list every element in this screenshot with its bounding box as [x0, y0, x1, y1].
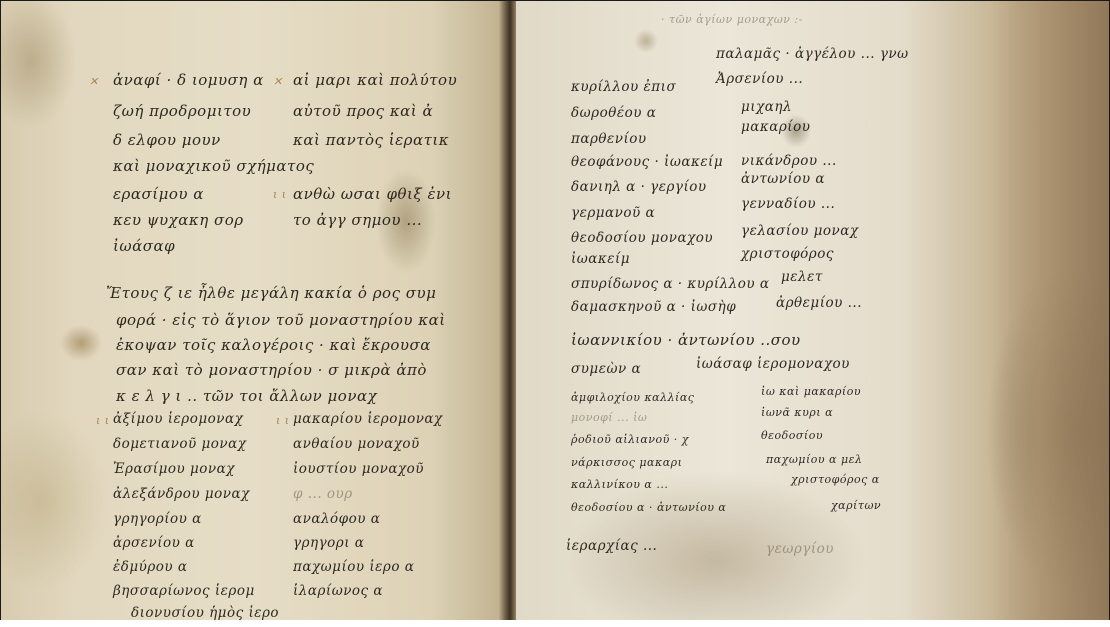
- name-entry: θεοδοσίου μοναχου: [571, 230, 713, 246]
- name-entry: ανθαίου μοναχοῦ: [293, 436, 420, 452]
- name-entry: ἀλεξάνδρου μοναχ: [113, 486, 250, 502]
- rubric-mark: ✕: [273, 75, 283, 88]
- name-entry: Ἀρσενίου ...: [716, 71, 803, 87]
- text-line: αἰ μαρι καὶ πολύτου: [293, 71, 457, 89]
- rubric-mark: ι ι: [273, 188, 287, 201]
- text-line: καὶ μοναχικοῦ σχήματος: [113, 157, 314, 175]
- name-entry: γεωργίου: [766, 541, 834, 557]
- bottom-margin: [0, 620, 1110, 627]
- text-line: ζωή προδρομιτου: [113, 102, 251, 120]
- name-entry: θεοδοσίου α · ἀντωνίου α: [571, 501, 726, 514]
- name-entry: γενναδίου ...: [741, 196, 835, 212]
- name-entry: μελετ: [781, 269, 823, 285]
- name-entry: δωροθέου α: [571, 105, 656, 121]
- text-line: ἀναφί · δ ιομυση α: [113, 71, 264, 89]
- name-entry: Ἐρασίμου μοναχ: [113, 461, 235, 477]
- name-entry: αναλόφου α: [293, 511, 380, 527]
- name-entry: δανιηλ α · γεργίου: [571, 179, 707, 195]
- rubric-mark: ι ι: [276, 414, 290, 427]
- name-entry: ἰωνᾶ κυρι α: [761, 406, 833, 419]
- name-entry: καλλινίκου α ...: [571, 478, 668, 491]
- name-entry: ἱλαρίωνος α: [293, 583, 383, 599]
- right-page: · τῶν ἁγίων μοναχων :- παλαμᾶς · ἀγγέλου…: [516, 1, 1110, 620]
- name-entry: ἰω καὶ μακαρίου: [761, 385, 861, 398]
- name-entry: ἰωάσαφ ἱερομοναχου: [696, 356, 850, 372]
- rubric-mark: ι ι: [96, 414, 110, 427]
- name-entry: κυρίλλου ἐπισ: [571, 79, 676, 95]
- page-header: · τῶν ἁγίων μοναχων :-: [661, 13, 803, 26]
- name-entry: ἱεραρχίας ...: [566, 538, 657, 554]
- manuscript-photo: ἀναφί · δ ιομυση α ζωή προδρομιτου δ ελφ…: [0, 0, 1110, 621]
- name-entry: χριστοφόρος α: [791, 473, 880, 486]
- name-entry: ἀρσενίου α: [113, 535, 195, 551]
- name-entry: ἀμφιλοχίου καλλίας: [571, 391, 694, 404]
- paragraph-line: σαν καὶ τὸ μοναστηρίου · σ μικρὰ ἀπὸ: [116, 361, 427, 379]
- text-line: κευ ψυχακη σορ: [113, 211, 244, 229]
- name-entry: διονυσίου ἡμὸς ἱερο: [131, 605, 279, 620]
- name-entry: μακαρίου: [741, 119, 810, 135]
- name-entry: ἰωακείμ: [571, 251, 630, 267]
- name-entry: μακαρίου ἱερομοναχ: [293, 411, 443, 427]
- name-entry: γελασίου μοναχ: [741, 223, 859, 239]
- name-entry: ἰουστίου μοναχοῦ: [293, 461, 424, 477]
- name-entry: θεοφάνους · ἰωακείμ: [571, 154, 723, 170]
- name-entry: σπυρίδωνος α · κυρίλλου α: [571, 276, 769, 292]
- name-entry: γερμανοῦ α: [571, 205, 655, 221]
- name-entry: δομετιανοῦ μοναχ: [113, 436, 246, 452]
- rubric-mark: ✕: [89, 75, 99, 88]
- text-line: ερασίμου α: [113, 185, 204, 203]
- name-entry: συμεὼν α: [571, 361, 641, 377]
- name-entry: γρηγορίου α: [113, 511, 202, 527]
- name-entry: μιχαηλ: [741, 99, 792, 115]
- text-line: το ἀγγ σημου ...: [293, 211, 422, 229]
- name-entry: παχωμίου ἱερο α: [293, 559, 414, 575]
- text-line: ἰωάσαφ: [113, 237, 175, 255]
- paragraph-line: φορά · εἰς τὸ ἅγιον τοῦ μοναστηρίου καὶ: [116, 311, 446, 329]
- paragraph-line: κ ε λ γ ι .. τῶν τοι ἄλλων μοναχ: [116, 387, 377, 405]
- name-entry: φ ... ουρ: [293, 486, 353, 502]
- text-line: καὶ παντὸς ἱερατικ: [293, 131, 449, 149]
- name-entry: ῥοδιοῦ αἰλιανοῦ · χ: [571, 433, 689, 446]
- text-line: δ ελφου μουν: [113, 131, 221, 149]
- name-entry: χαρίτων: [831, 499, 881, 512]
- page-edge-shadow: [991, 1, 1110, 620]
- name-entry: παρθενίου: [571, 131, 647, 147]
- name-entry: ἰωαννικίου · ἀντωνίου ..σου: [571, 331, 801, 349]
- text-line: αὐτοῦ προς καὶ ἀ: [293, 102, 433, 120]
- text-line: παλαμᾶς · ἀγγέλου ... γνω: [716, 46, 909, 62]
- paragraph-line: Ἔτους ζ ιε ἦλθε μεγάλη κακία ὁ ρος συμ: [106, 284, 436, 302]
- name-entry: ἀντωνίου α: [741, 171, 825, 187]
- name-entry: παχωμίου α μελ: [766, 453, 863, 466]
- name-entry: ἀρθεμίου ...: [776, 295, 862, 311]
- name-entry: ἐδμύρου α: [113, 559, 188, 575]
- name-entry: θεοδοσίου: [761, 429, 823, 442]
- name-entry: νάρκισσος μακαρι: [571, 456, 682, 469]
- name-entry: βησσαρίωνος ἱερομ: [113, 583, 255, 599]
- name-entry: χριστοφόρος: [741, 246, 834, 262]
- name-entry: δαμασκηνοῦ α · ἰωσὴφ: [571, 299, 736, 315]
- name-entry: μονοφί ... ἰω: [571, 411, 647, 424]
- name-entry: ἀξίμου ἱερομοναχ: [113, 411, 243, 427]
- name-entry: γρηγορι α: [293, 535, 364, 551]
- left-page: ἀναφί · δ ιομυση α ζωή προδρομιτου δ ελφ…: [1, 1, 506, 620]
- paragraph-line: ἐκοψαν τοῖς καλογέροις · καὶ ἔκρουσα: [116, 336, 431, 354]
- text-line: ανθὼ ωσαι φθιξ ἐνι: [293, 185, 452, 203]
- name-entry: νικάνδρου ...: [741, 153, 837, 169]
